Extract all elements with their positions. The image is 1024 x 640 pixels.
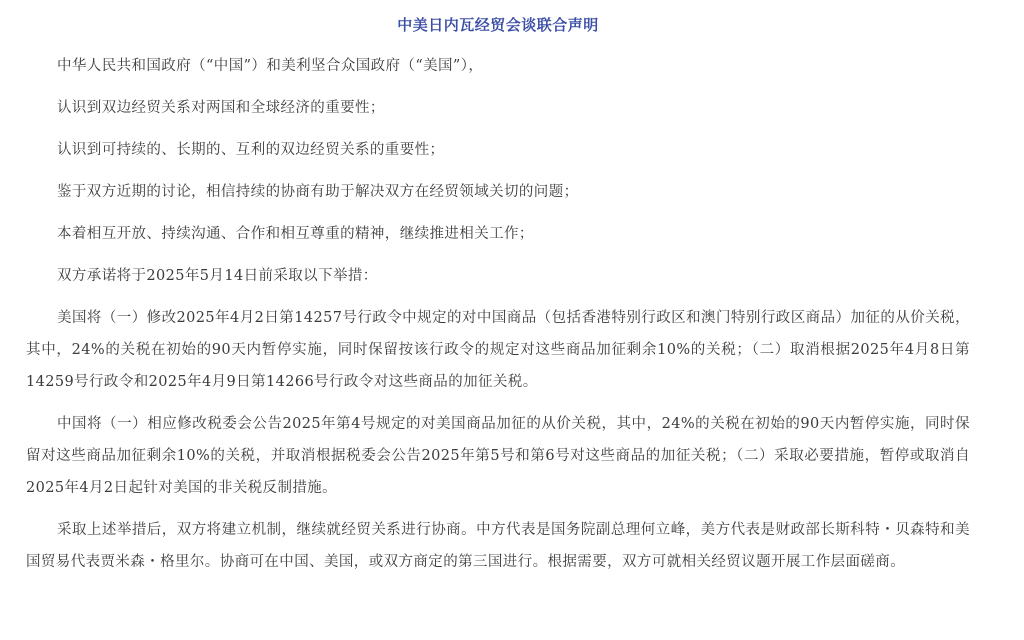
paragraph-commitment-date: 双方承诺将于2025年5月14日前采取以下举措： [26, 260, 970, 292]
paragraph-spirit-of-cooperation: 本着相互开放、持续沟通、合作和相互尊重的精神，继续推进相关工作； [26, 218, 970, 250]
paragraph-us-measures: 美国将（一）修改2025年4月2日第14257号行政令中规定的对中国商品（包括香… [26, 302, 970, 398]
paragraph-recognizing-sustainable: 认识到可持续的、长期的、互利的双边经贸关系的重要性； [26, 134, 970, 166]
document-title: 中美日内瓦经贸会谈联合声明 [26, 0, 970, 50]
paragraph-noting-discussions: 鉴于双方近期的讨论，相信持续的协商有助于解决双方在经贸领域关切的问题； [26, 176, 970, 208]
paragraph-china-measures: 中国将（一）相应修改税委会公告2025年第4号规定的对美国商品加征的从价关税，其… [26, 408, 970, 504]
paragraph-recognizing-importance: 认识到双边经贸关系对两国和全球经济的重要性； [26, 92, 970, 124]
paragraph-preamble-parties: 中华人民共和国政府（“中国”）和美利坚合众国政府（“美国”）， [26, 50, 970, 82]
document-body: 中美日内瓦经贸会谈联合声明 中华人民共和国政府（“中国”）和美利坚合众国政府（“… [26, 0, 970, 588]
paragraph-consultation-mechanism: 采取上述举措后，双方将建立机制，继续就经贸关系进行协商。中方代表是国务院副总理何… [26, 514, 970, 578]
